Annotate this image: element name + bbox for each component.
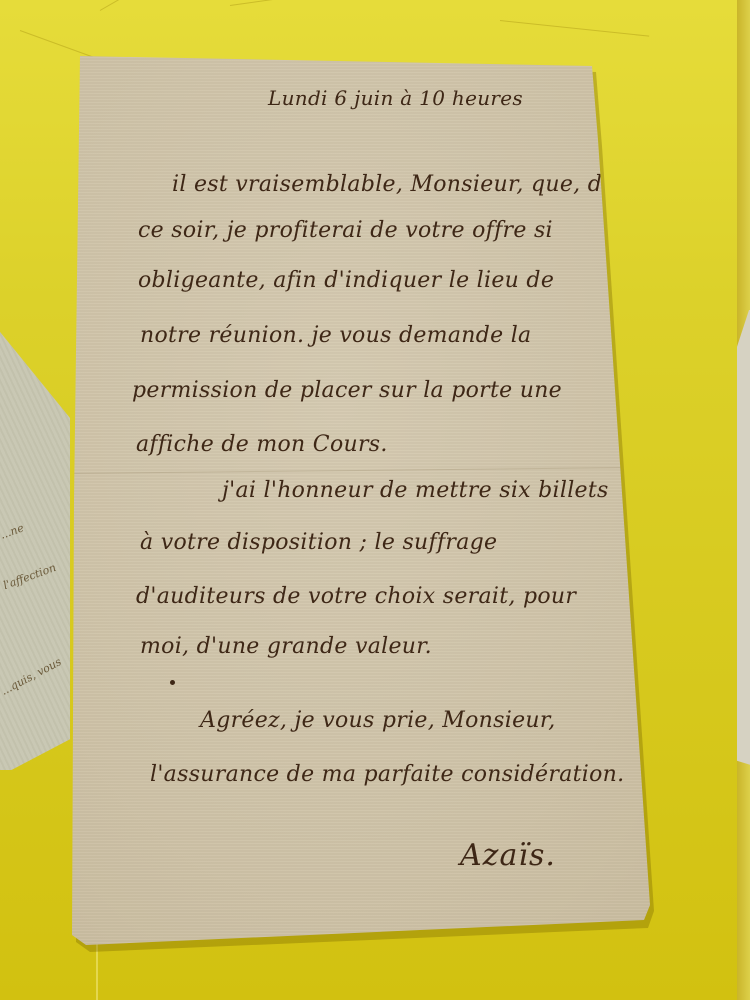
- side-letter-left: ...ne l'affection ...quis, vous: [0, 330, 70, 770]
- backdrop-crease: [230, 0, 349, 6]
- letter-dateline: Lundi 6 juin à 10 heures: [268, 86, 523, 110]
- letter-sheet: Lundi 6 juin à 10 heures il est vraisemb…: [0, 0, 750, 1000]
- letter-line: j'ai l'honneur de mettre six billets: [222, 478, 609, 503]
- side-letter-right: [737, 310, 750, 770]
- letter-line: affiche de mon Cours.: [136, 432, 388, 457]
- letter-line: ce soir, je profiterai de votre offre si: [138, 218, 553, 243]
- letter-line: d'auditeurs de votre choix serait, pour: [136, 584, 576, 609]
- backdrop-crease: [500, 20, 649, 37]
- letter-signature: Azaïs.: [460, 838, 556, 873]
- ink-blot: [170, 680, 175, 685]
- letter-line: permission de placer sur la porte une: [132, 378, 562, 403]
- letter-line: l'assurance de ma parfaite considération…: [150, 762, 624, 787]
- letter-line: obligeante, afin d'indiquer le lieu de: [138, 268, 554, 293]
- side-letter-text: ...quis, vous: [0, 655, 64, 698]
- side-letter-text: ...ne: [0, 521, 26, 541]
- letter-line: il est vraisemblable, Monsieur, que, dès: [172, 172, 627, 197]
- letter-line: notre réunion. je vous demande la: [140, 323, 531, 348]
- fold-crease: [74, 467, 634, 474]
- letter-line: à votre disposition ; le suffrage: [140, 530, 497, 555]
- backdrop-crease: [100, 0, 152, 11]
- letter-line: Agréez, je vous prie, Monsieur,: [200, 708, 556, 733]
- letter-line: moi, d'une grande valeur.: [140, 634, 432, 659]
- side-letter-text: l'affection: [1, 561, 57, 592]
